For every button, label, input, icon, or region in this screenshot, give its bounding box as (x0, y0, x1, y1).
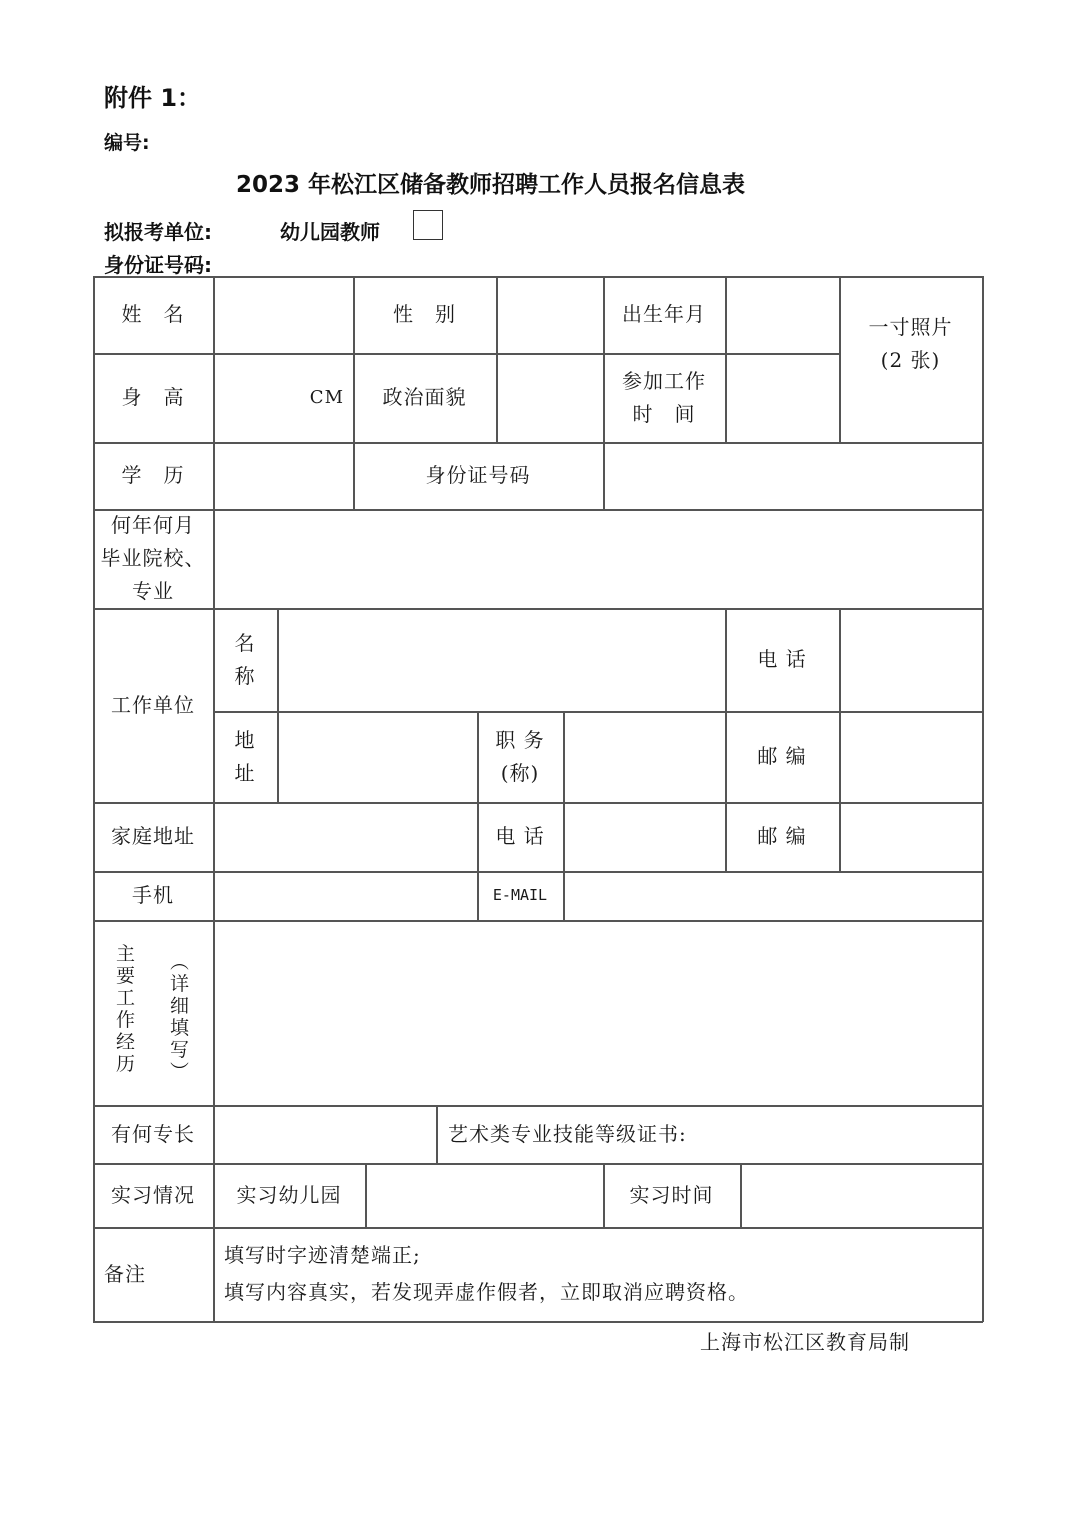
char: ︵ (170, 951, 190, 973)
divider (93, 1321, 983, 1323)
char: 工 (116, 987, 136, 1009)
photo-count-label: (2 张) (881, 344, 941, 377)
position-label: 职 务 (称) (477, 711, 563, 802)
remarks-label: 备注 (104, 1227, 213, 1321)
unit-postcode-field[interactable] (840, 712, 982, 802)
target-unit-checkbox[interactable] (413, 210, 443, 240)
graduation-label: 何年何月 毕业院校、 专业 (93, 509, 213, 608)
experience-label-vertical: 主 要 工 作 经 历 (116, 943, 136, 1075)
position-label-line1: 职 务 (495, 724, 544, 757)
gender-field[interactable] (497, 277, 603, 353)
work-unit-label: 工作单位 (93, 608, 213, 802)
home-address-label: 家庭地址 (93, 802, 213, 871)
home-postcode-label: 邮 编 (725, 802, 839, 871)
target-unit-label: 拟报考单位: (104, 216, 212, 245)
char: 填 (170, 1017, 190, 1039)
education-field[interactable] (214, 443, 353, 509)
unit-name-field[interactable] (278, 609, 725, 711)
char: 详 (170, 973, 190, 995)
graduation-field[interactable] (214, 510, 982, 608)
work-start-label: 参加工作 时 间 (603, 353, 725, 442)
position-field[interactable] (564, 712, 725, 802)
gender-label: 性 别 (353, 276, 496, 353)
unit-address-label: 地 址 (213, 711, 277, 802)
id-number-header-label: 身份证号码: (104, 249, 212, 278)
remarks-line-1: 填写时字迹清楚端正; (224, 1237, 749, 1274)
unit-address-label-line2: 址 (235, 757, 256, 790)
political-status-field[interactable] (497, 354, 603, 442)
photo-placeholder[interactable]: 一寸照片 (2 张) (839, 276, 982, 442)
work-start-field[interactable] (726, 354, 839, 442)
height-unit: CM (310, 381, 344, 414)
id-number-label: 身份证号码 (353, 442, 603, 509)
remarks-line-2: 填写内容真实，若发现弄虚作假者，立即取消应聘资格。 (224, 1274, 749, 1311)
art-cert-field[interactable]: 艺术类专业技能等级证书: (448, 1105, 982, 1163)
work-start-label-line2: 时 间 (633, 398, 696, 431)
height-field[interactable]: CM (214, 353, 344, 442)
char: 作 (116, 1009, 136, 1031)
home-address-field[interactable] (214, 803, 477, 871)
work-start-label-line1: 参加工作 (622, 365, 706, 398)
char: 细 (170, 995, 190, 1017)
divider (982, 276, 984, 1322)
political-status-label: 政治面貌 (353, 353, 496, 442)
art-cert-label: 艺术类专业技能等级证书: (448, 1118, 687, 1151)
mobile-field[interactable] (214, 872, 477, 920)
experience-note-vertical: ︵ 详 细 填 写 ︶ (170, 951, 190, 1083)
char: 历 (116, 1053, 136, 1075)
internship-kindergarten-field[interactable] (366, 1164, 603, 1227)
divider (436, 1105, 438, 1163)
position-label-line2: (称) (501, 757, 540, 790)
birth-label: 出生年月 (603, 276, 725, 353)
internship-label: 实习情况 (93, 1163, 213, 1227)
name-label: 姓 名 (93, 276, 213, 353)
email-field[interactable] (564, 872, 982, 920)
char: 写 (170, 1039, 190, 1061)
unit-name-label-line2: 称 (235, 660, 256, 693)
unit-postcode-label: 邮 编 (725, 711, 839, 802)
graduation-label-line3: 专业 (132, 575, 174, 608)
home-phone-field[interactable] (564, 803, 725, 871)
name-field[interactable] (214, 277, 353, 353)
target-unit-value: 幼儿园教师 (280, 216, 380, 245)
experience-label: 主 要 工 作 经 历 ︵ 详 细 填 写 ︶ (93, 920, 213, 1105)
attachment-label: 附件 1： (104, 78, 201, 113)
char: 主 (116, 943, 136, 965)
unit-name-label-line1: 名 (235, 627, 256, 660)
home-postcode-field[interactable] (840, 803, 982, 871)
char: 要 (116, 965, 136, 987)
remarks-content: 填写时字迹清楚端正; 填写内容真实，若发现弄虚作假者，立即取消应聘资格。 (224, 1227, 974, 1321)
serial-number-label: 编号: (104, 128, 150, 155)
unit-address-field[interactable] (278, 712, 477, 802)
graduation-label-line2: 毕业院校、 (101, 542, 206, 575)
unit-name-label: 名 称 (213, 608, 277, 711)
char: ︶ (170, 1061, 190, 1083)
internship-kindergarten-label: 实习幼儿园 (213, 1163, 365, 1227)
experience-field[interactable] (214, 921, 982, 1105)
email-label: E-MAIL (477, 871, 563, 920)
mobile-label: 手机 (93, 871, 213, 920)
unit-phone-field[interactable] (840, 609, 982, 711)
issuer-label: 上海市松江区教育局制 (700, 1326, 910, 1355)
specialty-label: 有何专长 (93, 1105, 213, 1163)
education-label: 学 历 (93, 442, 213, 509)
internship-time-label: 实习时间 (603, 1163, 740, 1227)
graduation-label-line1: 何年何月 (111, 509, 195, 542)
unit-phone-label: 电 话 (725, 608, 839, 711)
page-title: 2023 年松江区储备教师招聘工作人员报名信息表 (236, 166, 745, 199)
id-number-field[interactable] (604, 443, 982, 509)
photo-label: 一寸照片 (869, 311, 953, 344)
specialty-field[interactable] (214, 1106, 436, 1163)
height-label: 身 高 (93, 353, 213, 442)
char: 经 (116, 1031, 136, 1053)
home-phone-label: 电 话 (477, 802, 563, 871)
unit-address-label-line1: 地 (235, 724, 256, 757)
birth-field[interactable] (726, 277, 839, 353)
internship-time-field[interactable] (741, 1164, 982, 1227)
